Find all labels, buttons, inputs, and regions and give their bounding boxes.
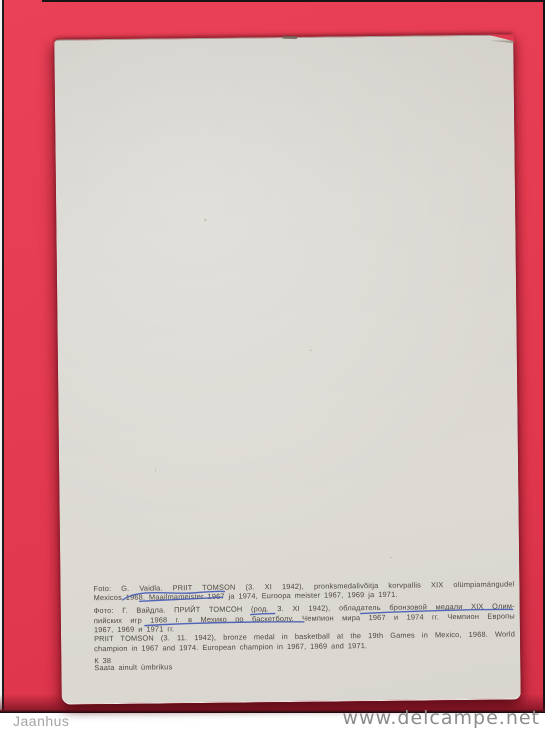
photo-edge-left [2, 0, 4, 713]
photo-edge-top [42, 0, 545, 2]
watermark-delcampe: www.delcampe.net [342, 708, 540, 728]
red-mat-backdrop: Foto: G. Vaidla. PRIIT TOMSON (3. XI 194… [0, 0, 545, 713]
pen-underline-mexico-basketball-ru [145, 621, 304, 625]
pen-underline-bronze-medal-ru [361, 609, 513, 613]
postcard-back: Foto: G. Vaidla. PRIIT TOMSON (3. XI 194… [54, 34, 521, 704]
pen-strike-maailmameister [140, 597, 223, 601]
pen-annotations-overlay [54, 35, 520, 703]
pen-underline-rod-3 [251, 613, 275, 614]
watermark-jaanhus: Jaanhus [13, 713, 69, 729]
